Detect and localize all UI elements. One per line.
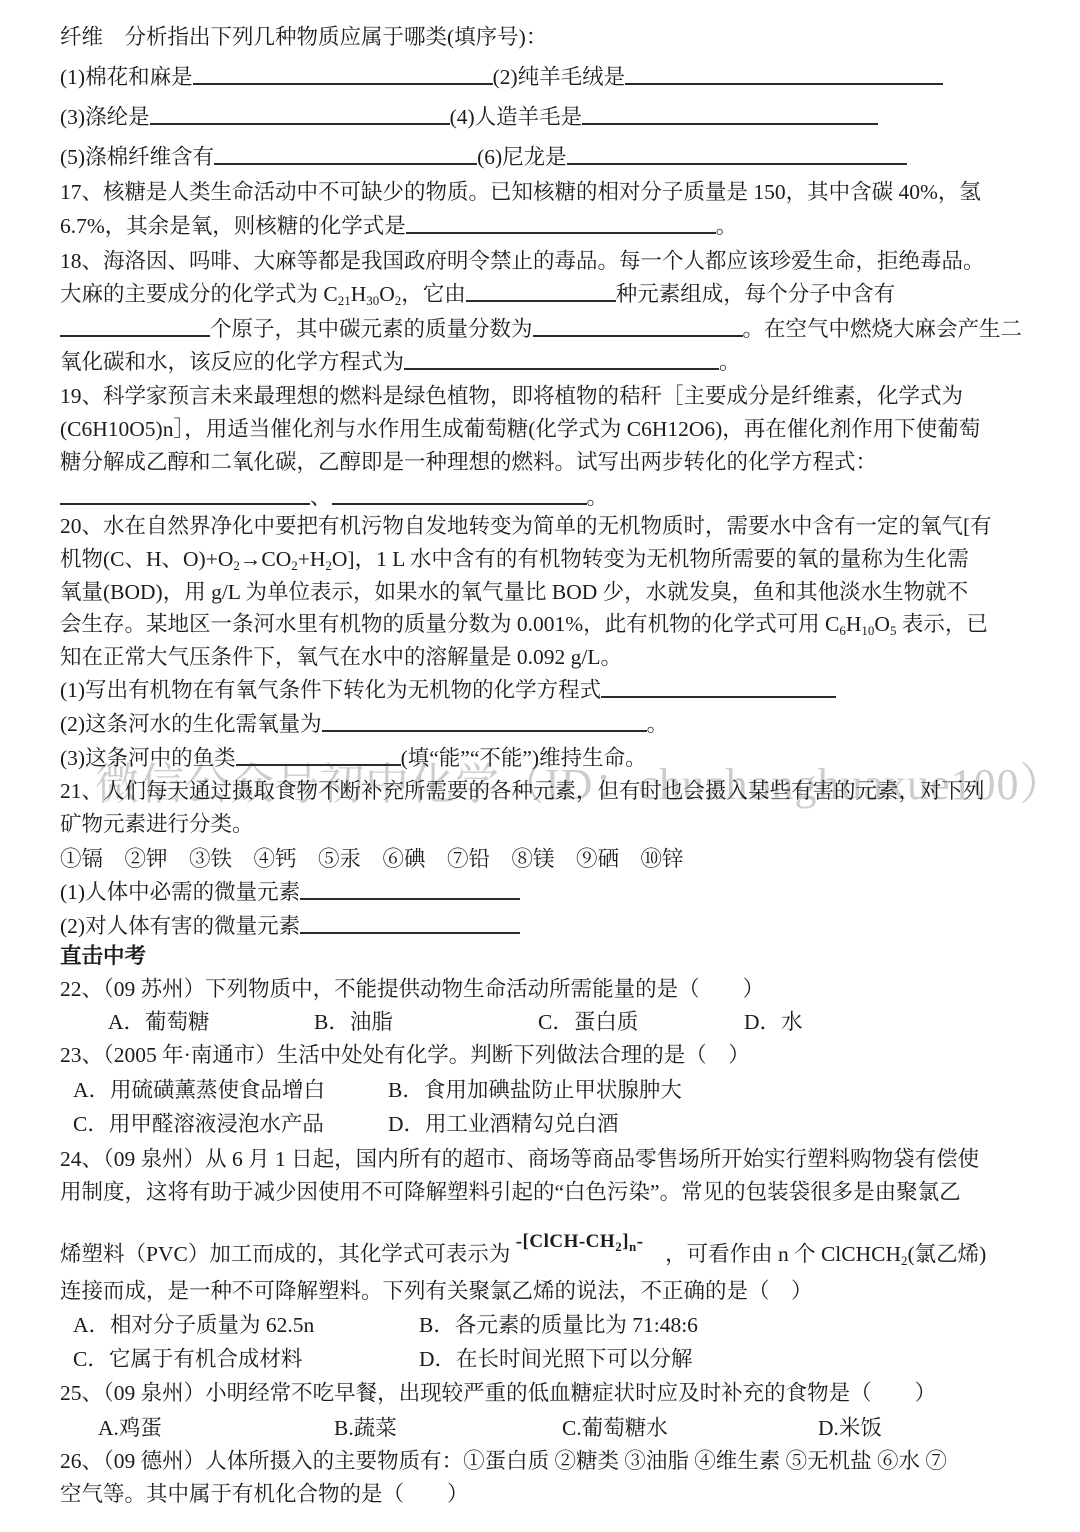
text-run: ，可看作由 n 个 ClCHCH <box>644 1242 901 1266</box>
text-run: 18、海洛因、吗啡、大麻等都是我国政府明令禁止的毒品。每一个人都应该珍爱生命，拒… <box>60 249 985 273</box>
fiber-classify-prompt: 纤维 分析指出下列几种物质应属于哪类(填序号)： <box>60 20 1022 60</box>
text-run: (2)对人体有害的微量元素 <box>60 914 300 938</box>
text-run: 机物(C、H、O)+O <box>60 547 233 571</box>
q24-line-2: 用制度，这将有助于减少因使用不可降解塑料引起的“白色污染”。常见的包装袋很多是由… <box>60 1175 1022 1237</box>
fill-in-blank <box>236 746 401 766</box>
text-run: 25、（09 泉州）小明经常不吃早餐，出现较严重的低血糖症状时应及时补充的食物是… <box>60 1381 936 1405</box>
text-run: 26、（09 德州）人体所摄入的主要物质有：①蛋白质 ②糖类 ③油脂 ④维生素 … <box>60 1449 947 1473</box>
q20-line-5: 知在正常大气压条件下，氧气在水中的溶解量是 0.092 g/L。 <box>60 640 1022 673</box>
fiber-blank-row-3: (5)涤棉纤维含有(6)尼龙是 <box>60 140 1022 175</box>
text-run: 21、人们每天通过摄取食物不断补充所需要的各种元素，但有时也会摄入某些有害的元素… <box>60 779 985 803</box>
text-run: H <box>846 612 862 636</box>
answer-option: C．蛋白质 <box>538 1005 744 1036</box>
text-run: (1)人体中必需的微量元素 <box>60 880 300 904</box>
answer-option: D．在长时间光照下可以分解 <box>419 1342 693 1373</box>
fill-in-blank <box>214 145 477 165</box>
q22-stem: 22、（09 苏州）下列物质中，不能提供动物生命活动所需能量的是（ ） <box>60 972 1022 1005</box>
q19-line-2: (C6H10O5)n］，用适当催化剂与水作用生成葡萄糖(化学式为 C6H12O6… <box>60 412 1022 445</box>
q25-stem: 25、（09 泉州）小明经常不吃早餐，出现较严重的低血糖症状时应及时补充的食物是… <box>60 1376 1022 1411</box>
text-run: 用制度，这将有助于减少因使用不可降解塑料引起的“白色污染”。常见的包装袋很多是由… <box>60 1180 961 1204</box>
text-run: O]，1 L 水中含有的有机物转变为无机物所需要的氧的量称为生化需 <box>332 547 969 571</box>
fill-in-blank <box>567 145 907 165</box>
fill-in-blank <box>582 105 878 125</box>
subscript-text: 10 <box>861 623 874 638</box>
q26-line-2: 空气等。其中属于有机化合物的是（ ） <box>60 1477 1022 1510</box>
fiber-blank-row-1: (1)棉花和麻是(2)纯羊毛绒是 <box>60 60 1022 100</box>
text-run: 20、水在自然界净化中要把有机污物自发地转变为简单的无机物质时，需要水中含有一定… <box>60 514 992 538</box>
text-run: →CO <box>240 547 291 571</box>
text-run: 23、（2005 年·南通市）生活中处处有化学。判断下列做法合理的是（ ） <box>60 1043 750 1067</box>
text-run: 空气等。其中属于有机化合物的是（ ） <box>60 1482 469 1506</box>
fill-in-blank <box>332 485 587 505</box>
text-run: (5)涤棉纤维含有 <box>60 145 214 169</box>
text-run: - <box>637 1231 644 1252</box>
q21-line-2: 矿物元素进行分类。 <box>60 807 1022 842</box>
fill-in-blank <box>300 880 520 900</box>
text-run: 22、（09 苏州）下列物质中，不能提供动物生命活动所需能量的是（ ） <box>60 977 764 1001</box>
subscript-text: 30 <box>366 293 379 308</box>
text-run: ，它由 <box>401 282 466 306</box>
text-run: 烯塑料（PVC）加工而成的，其化学式可表示为 <box>60 1242 516 1266</box>
text-run: 知在正常大气压条件下，氧气在水中的溶解量是 0.092 g/L。 <box>60 645 622 669</box>
fill-in-blank <box>150 105 450 125</box>
text-run: 糖分解成乙醇和二氧化碳，乙醇即是一种理想的燃料。试写出两步转化的化学方程式： <box>60 450 877 474</box>
text-run: 17、核糖是人类生命活动中不可缺少的物质。已知核糖的相对分子质量是 150，其中… <box>60 180 981 204</box>
answer-option: A．相对分子质量为 62.5n <box>73 1308 419 1339</box>
subscript-text: n <box>629 1239 637 1254</box>
q18-line-4: 氧化碳和水，该反应的化学方程式为。 <box>60 345 1022 379</box>
q19-line-1: 19、科学家预言未来最理想的燃料是绿色植物，即将植物的秸秆［主要成分是纤维素，化… <box>60 379 1022 412</box>
text-run: 、 <box>310 485 332 509</box>
fill-in-blank <box>533 317 743 337</box>
text-run: 6.7%，其余是氧，则核糖的化学式是 <box>60 214 406 238</box>
fill-in-blank <box>300 914 520 934</box>
text-run: 。 <box>719 350 741 374</box>
answer-option: C．用甲醛溶液浸泡水产品 <box>73 1107 388 1138</box>
text-run: 个原子，其中碳元素的质量分数为 <box>210 317 533 341</box>
q20-sub1: (1)写出有机物在有氧气条件下转化为无机物的化学方程式 <box>60 673 1022 707</box>
q20-line-3: 氧量(BOD)，用 g/L 为单位表示，如果水的氧气量比 BOD 少，水就发臭，… <box>60 575 1022 607</box>
text-run: 。 <box>647 712 669 736</box>
polymer-formula: -[ClCH-CH2]n- <box>516 1231 644 1253</box>
answer-option: B．各元素的质量比为 71:48:6 <box>419 1308 698 1339</box>
answer-option: D．水 <box>744 1005 803 1036</box>
fill-in-blank <box>60 317 210 337</box>
text-run: 矿物元素进行分类。 <box>60 812 254 836</box>
text-run: 氧化碳和水，该反应的化学方程式为 <box>60 350 404 374</box>
q23-stem: 23、（2005 年·南通市）生活中处处有化学。判断下列做法合理的是（ ） <box>60 1038 1022 1073</box>
text-run: 。 <box>716 214 738 238</box>
fill-in-blank <box>625 65 943 85</box>
q21-elements-row: ①镉 ②钾 ③铁 ④钙 ⑤汞 ⑥碘 ⑦铅 ⑧镁 ⑨硒 ⑩锌 <box>60 842 1022 875</box>
section-header: 直击中考 <box>60 939 1022 972</box>
fill-in-blank <box>322 712 647 732</box>
q24-line-1: 24、（09 泉州）从 6 月 1 日起，国内所有的超市、商场等商品零售场所开始… <box>60 1142 1022 1175</box>
text-run: 24、（09 泉州）从 6 月 1 日起，国内所有的超市、商场等商品零售场所开始… <box>60 1147 979 1171</box>
text-run: (填“能”“不能”)维持生命。 <box>401 746 647 770</box>
text-run: (6)尼龙是 <box>477 145 567 169</box>
text-run: 氧量(BOD)，用 g/L 为单位表示，如果水的氧气量比 BOD 少，水就发臭，… <box>60 580 968 604</box>
text-run: +H <box>298 547 326 571</box>
text-run: (C6H10O5)n］，用适当催化剂与水作用生成葡萄糖(化学式为 C6H12O6… <box>60 417 980 441</box>
q24-options-row-2: C．它属于有机合成材料D．在长时间光照下可以分解 <box>60 1342 1022 1376</box>
text-run: (3)涤纶是 <box>60 105 150 129</box>
fill-in-blank <box>406 214 716 234</box>
q22-options: A．葡萄糖B．油脂C．蛋白质D．水 <box>60 1005 1022 1038</box>
q19-blank-row: 、。 <box>60 480 1022 509</box>
worksheet-page: 微信公众号初中化学（ID：chuzhonghuaxue100） 纤维 分析指出下… <box>0 0 1080 1532</box>
document-body: 纤维 分析指出下列几种物质应属于哪类(填序号)：(1)棉花和麻是(2)纯羊毛绒是… <box>0 0 1080 1510</box>
text-run: 大麻的主要成分的化学式为 C <box>60 282 338 306</box>
fill-in-blank <box>404 350 719 370</box>
q23-options-row-1: A．用硫磺薰蒸使食品增白B．食用加碘盐防止甲状腺肿大 <box>60 1073 1022 1107</box>
subscript-text: 21 <box>338 293 351 308</box>
text-run: 。在空气中燃烧大麻会产生二 <box>743 317 1023 341</box>
text-run: (1)棉花和麻是 <box>60 65 193 89</box>
fill-in-blank <box>601 678 836 698</box>
q24-options-row-1: A．相对分子质量为 62.5nB．各元素的质量比为 71:48:6 <box>60 1308 1022 1342</box>
q17-line-2: 6.7%，其余是氧，则核糖的化学式是。 <box>60 209 1022 244</box>
text-run: (3)这条河中的鱼类 <box>60 746 236 770</box>
answer-option: B.蔬菜 <box>334 1411 562 1442</box>
q23-options-row-2: C．用甲醛溶液浸泡水产品D．用工业酒精勾兑白酒 <box>60 1107 1022 1142</box>
text-run: ①镉 ②钾 ③铁 ④钙 ⑤汞 ⑥碘 ⑦铅 ⑧镁 ⑨硒 ⑩锌 <box>60 847 684 871</box>
text-run: 。 <box>587 485 609 509</box>
text-run: 纤维 分析指出下列几种物质应属于哪类(填序号)： <box>60 25 547 49</box>
q24-line-3: 烯塑料（PVC）加工而成的，其化学式可表示为 -[ClCH-CH2]n- ，可看… <box>60 1237 1022 1274</box>
text-run: -[ClCH-CH <box>516 1231 615 1252</box>
text-run: (1)写出有机物在有氧气条件下转化为无机物的化学方程式 <box>60 678 601 702</box>
q20-line-4: 会生存。某地区一条河水里有机物的质量分数为 0.001%，此有机物的化学式可用 … <box>60 607 1022 640</box>
q21-line-1: 21、人们每天通过摄取食物不断补充所需要的各种元素，但有时也会摄入某些有害的元素… <box>60 774 1022 807</box>
answer-option: D．用工业酒精勾兑白酒 <box>388 1107 619 1138</box>
text-run: 19、科学家预言未来最理想的燃料是绿色植物，即将植物的秸秆［主要成分是纤维素，化… <box>60 384 963 408</box>
q21-sub1: (1)人体中必需的微量元素 <box>60 875 1022 909</box>
q20-sub2: (2)这条河水的生化需氧量为。 <box>60 707 1022 741</box>
answer-option: B．油脂 <box>314 1005 538 1036</box>
text-run: 会生存。某地区一条河水里有机物的质量分数为 0.001%，此有机物的化学式可用 … <box>60 612 839 636</box>
answer-option: A．葡萄糖 <box>108 1005 314 1036</box>
answer-option: D.米饭 <box>818 1411 882 1442</box>
answer-option: B．食用加碘盐防止甲状腺肿大 <box>388 1073 682 1104</box>
text-run: (2)这条河水的生化需氧量为 <box>60 712 322 736</box>
text-run: 直击中考 <box>60 944 146 968</box>
fill-in-blank <box>466 282 616 302</box>
q19-line-3: 糖分解成乙醇和二氧化碳，乙醇即是一种理想的燃料。试写出两步转化的化学方程式： <box>60 445 1022 480</box>
fiber-blank-row-2: (3)涤纶是(4)人造羊毛是 <box>60 100 1022 140</box>
q18-line-3: 个原子，其中碳元素的质量分数为。在空气中燃烧大麻会产生二 <box>60 312 1022 345</box>
text-run: ] <box>622 1231 629 1252</box>
text-run: (氯乙烯) <box>908 1242 987 1266</box>
answer-option: C.葡萄糖水 <box>562 1411 818 1442</box>
text-run: O <box>379 282 395 306</box>
fill-in-blank <box>193 65 493 85</box>
q18-line-1: 18、海洛因、吗啡、大麻等都是我国政府明令禁止的毒品。每一个人都应该珍爱生命，拒… <box>60 244 1022 277</box>
text-run: 连接而成，是一种不可降解塑料。下列有关聚氯乙烯的说法，不正确的是（ ） <box>60 1279 813 1303</box>
text-run: (2)纯羊毛绒是 <box>493 65 626 89</box>
q18-line-2: 大麻的主要成分的化学式为 C21H30O2，它由种元素组成，每个分子中含有 <box>60 277 1022 312</box>
q25-options: A.鸡蛋B.蔬菜C.葡萄糖水D.米饭 <box>60 1411 1022 1444</box>
q17-line-1: 17、核糖是人类生命活动中不可缺少的物质。已知核糖的相对分子质量是 150，其中… <box>60 175 1022 209</box>
fill-in-blank <box>60 485 310 505</box>
answer-option: A．用硫磺薰蒸使食品增白 <box>73 1073 388 1104</box>
text-run: 种元素组成，每个分子中含有 <box>616 282 896 306</box>
q24-line-4: 连接而成，是一种不可降解塑料。下列有关聚氯乙烯的说法，不正确的是（ ） <box>60 1274 1022 1308</box>
answer-option: A.鸡蛋 <box>98 1411 334 1442</box>
q20-line-2: 机物(C、H、O)+O2→CO2+H2O]，1 L 水中含有的有机物转变为无机物… <box>60 542 1022 575</box>
q20-line-1: 20、水在自然界净化中要把有机污物自发地转变为简单的无机物质时，需要水中含有一定… <box>60 509 1022 542</box>
text-run: 表示，已 <box>896 612 987 636</box>
text-run: H <box>351 282 367 306</box>
q20-sub3: (3)这条河中的鱼类(填“能”“不能”)维持生命。 <box>60 741 1022 774</box>
q21-sub2: (2)对人体有害的微量元素 <box>60 909 1022 939</box>
text-run: (4)人造羊毛是 <box>450 105 583 129</box>
text-run: O <box>874 612 890 636</box>
answer-option: C．它属于有机合成材料 <box>73 1342 419 1373</box>
q26-line-1: 26、（09 德州）人体所摄入的主要物质有：①蛋白质 ②糖类 ③油脂 ④维生素 … <box>60 1444 1022 1477</box>
